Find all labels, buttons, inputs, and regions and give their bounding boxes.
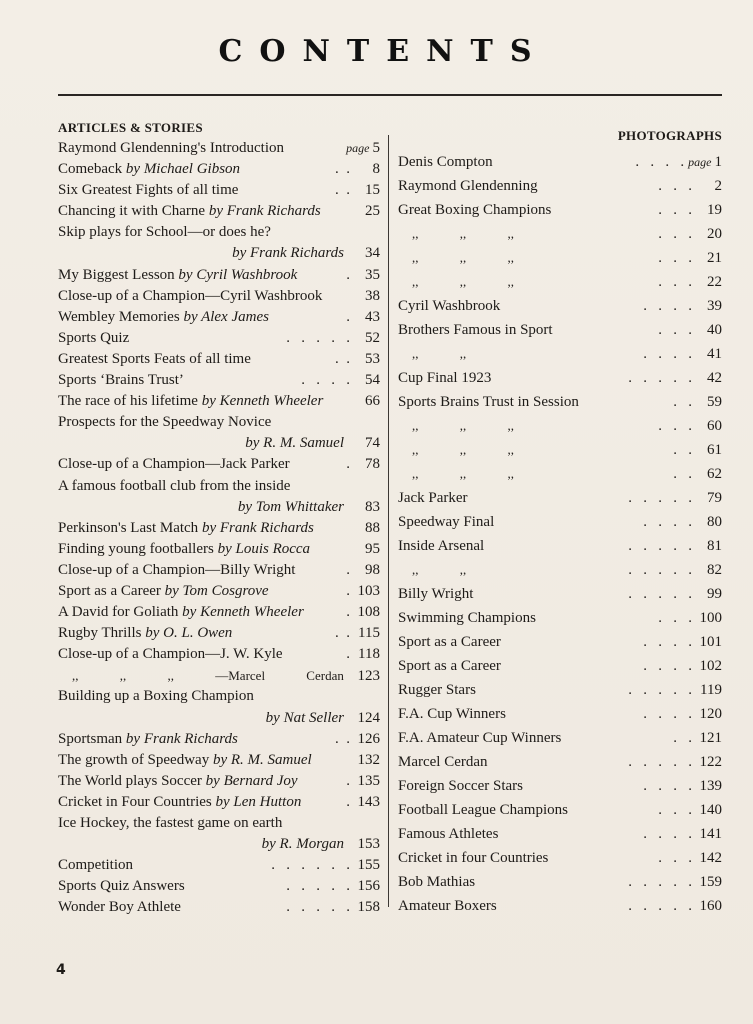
- page-number-value: 40: [707, 322, 722, 338]
- entry-title: Billy Wright: [398, 582, 473, 606]
- photograph-entry: ,, ,, ,,. . .21: [398, 246, 722, 270]
- photograph-entry: Amateur Boxers. . . . .160: [398, 894, 722, 918]
- entry-page-number: 98: [354, 560, 380, 581]
- leader-dots: . .: [238, 180, 354, 201]
- entry-title: ,, ,,: [398, 558, 466, 582]
- entry-page-number: 120: [696, 702, 722, 726]
- entry-title-text: Swimming Champions: [398, 610, 536, 626]
- entry-title: The race of his lifetime by Kenneth Whee…: [58, 391, 323, 412]
- leader-dots: . . .: [538, 174, 696, 198]
- entry-title: Denis Compton: [398, 150, 493, 174]
- leader-dots: . . . . .: [497, 894, 696, 918]
- entry-title: Cricket in four Countries: [398, 846, 548, 870]
- article-entry: Sport as a Career by Tom Cosgrove.103: [58, 581, 380, 602]
- page-number-value: 101: [700, 634, 723, 650]
- entry-author: by R. Morgan: [262, 836, 344, 852]
- entry-title-text: Sport as a Career: [58, 583, 161, 599]
- entry-title: Close-up of a Champion—Jack Parker: [58, 454, 290, 475]
- leader-dots: . . .: [514, 222, 696, 246]
- entry-title: A David for Goliath by Kenneth Wheeler: [58, 602, 304, 623]
- leader-dots: .: [269, 581, 354, 602]
- entry-title-text: The race of his lifetime: [58, 393, 198, 409]
- entry-page-number: 108: [354, 602, 380, 623]
- photographs-column: PHOTOGRAPHS Denis Compton. . . .page1Ray…: [398, 126, 722, 918]
- leader-dots: .: [295, 560, 354, 581]
- leader-dots: . . .: [551, 198, 696, 222]
- leader-dots: . . . . .: [473, 582, 696, 606]
- article-entry: Cricket in Four Countries by Len Hutton.…: [58, 792, 380, 813]
- article-entry: The growth of Speedway by R. M. Samuel13…: [58, 750, 380, 771]
- entry-title-text: Speedway Final: [398, 514, 494, 530]
- page-number-value: 155: [358, 857, 381, 873]
- photograph-entry: ,, ,, ,,. . .20: [398, 222, 722, 246]
- entry-page-number: 95: [354, 539, 380, 560]
- leader-dots: . . . . .: [181, 897, 354, 918]
- entry-title-text: Wembley Memories: [58, 309, 180, 325]
- entry-title: Ice Hockey, the fastest game on earth: [58, 813, 282, 834]
- entry-page-number: 79: [696, 486, 722, 510]
- page-number-value: 52: [365, 330, 380, 346]
- entry-page-number: 80: [696, 510, 722, 534]
- leader-dots: .: [283, 644, 354, 665]
- entry-title-text: Finding young footballers: [58, 541, 214, 557]
- photograph-entry: ,, ,,. . . . .82: [398, 558, 722, 582]
- entry-title: ,, ,, ,,: [398, 414, 514, 438]
- leader-dots: . . . . .: [475, 870, 696, 894]
- page-number-value: 119: [700, 682, 722, 698]
- page-number-value: 135: [358, 773, 381, 789]
- entry-title: Sports ‘Brains Trust’: [58, 370, 184, 391]
- page-label: page: [688, 155, 711, 169]
- entry-page-number: 53: [354, 349, 380, 370]
- page-number-value: 132: [358, 752, 381, 768]
- leader-dots: . . . .: [493, 150, 689, 174]
- photograph-entry: Bob Mathias. . . . .159: [398, 870, 722, 894]
- photograph-entry: Brothers Famous in Sport. . .40: [398, 318, 722, 342]
- articles-column: ARTICLES & STORIES Raymond Glendenning's…: [58, 118, 380, 918]
- entry-title: My Biggest Lesson by Cyril Washbrook: [58, 265, 297, 286]
- photograph-entry: Sports Brains Trust in Session. .59: [398, 390, 722, 414]
- page-number-value: 140: [700, 802, 723, 818]
- article-entry: Wembley Memories by Alex James.43: [58, 307, 380, 328]
- entry-author: by Kenneth Wheeler: [182, 604, 304, 620]
- page-number-value: 61: [707, 442, 722, 458]
- entry-title-text: ,, ,, ,,: [412, 418, 514, 433]
- entry-author: by Cyril Washbrook: [178, 267, 297, 283]
- entry-title: Raymond Glendenning: [398, 174, 538, 198]
- page-number-value: 78: [365, 456, 380, 472]
- page-label: page: [346, 141, 369, 155]
- leader-dots: . . . .: [506, 702, 696, 726]
- entry-author: by Alex James: [183, 309, 269, 325]
- article-entry: by R. M. Samuel74: [58, 433, 380, 454]
- entry-page-number: 43: [354, 307, 380, 328]
- entry-page-number: 39: [696, 294, 722, 318]
- page-number-value: 2: [715, 178, 723, 194]
- leader-dots: . . . . .: [468, 486, 696, 510]
- page-number-value: 158: [358, 899, 381, 915]
- entry-page-number: 2: [696, 174, 722, 198]
- entry-page-number: 54: [354, 370, 380, 391]
- photograph-entry: Marcel Cerdan. . . . .122: [398, 750, 722, 774]
- article-entry: Close-up of a Champion—Billy Wright.98: [58, 560, 380, 581]
- entry-page-number: 135: [354, 771, 380, 792]
- leader-dots: . . .: [536, 606, 696, 630]
- entry-title: Famous Athletes: [398, 822, 498, 846]
- entry-page-number: 78: [354, 454, 380, 475]
- photograph-entry: Cup Final 1923. . . . .42: [398, 366, 722, 390]
- entry-author: by R. M. Samuel: [245, 435, 344, 451]
- entry-page-number: 25: [354, 201, 380, 222]
- article-entry: Finding young footballers by Louis Rocca…: [58, 539, 380, 560]
- entry-page-number: 115: [354, 623, 380, 644]
- photograph-entry: Billy Wright. . . . .99: [398, 582, 722, 606]
- photograph-entry: Sport as a Career. . . .101: [398, 630, 722, 654]
- entry-title-text: Skip plays for School—or does he?: [58, 224, 271, 240]
- page-number-value: 53: [365, 351, 380, 367]
- entry-title-text: Billy Wright: [398, 586, 473, 602]
- entry-title-text: ,, ,, ,,: [412, 274, 514, 289]
- entry-title-text: ,, ,, ,, —Marcel Cerdan: [72, 668, 344, 683]
- entry-page-number: 122: [696, 750, 722, 774]
- entry-title-text: Close-up of a Champion—J. W. Kyle: [58, 646, 283, 662]
- entry-title: ,, ,, ,,: [398, 246, 514, 270]
- leader-dots: . . .: [548, 846, 696, 870]
- leader-dots: . . . .: [500, 294, 696, 318]
- entry-page-number: 121: [696, 726, 722, 750]
- page-number-value: 43: [365, 309, 380, 325]
- entry-title-text: Close-up of a Champion—Billy Wright: [58, 562, 295, 578]
- article-entry: Sports Quiz. . . . .52: [58, 328, 380, 349]
- page-number-value: 88: [365, 520, 380, 536]
- entry-author: by Tom Whittaker: [238, 499, 344, 515]
- leader-dots: . . . . .: [476, 678, 696, 702]
- entry-title: Speedway Final: [398, 510, 494, 534]
- page-number-value: 15: [365, 182, 380, 198]
- entry-title-text: ,, ,, ,,: [412, 250, 514, 265]
- page-number-value: 8: [373, 161, 381, 177]
- article-entry: Sportsman by Frank Richards. .126: [58, 729, 380, 750]
- page-number-value: 103: [358, 583, 381, 599]
- entry-title-text: Amateur Boxers: [398, 898, 497, 914]
- article-entry: Perkinson's Last Match by Frank Richards…: [58, 518, 380, 539]
- article-entry: Building up a Boxing Champion: [58, 686, 380, 707]
- entry-page-number: 139: [696, 774, 722, 798]
- entry-title-text: Sports Quiz: [58, 330, 129, 346]
- leader-dots: . . .: [568, 798, 696, 822]
- entry-title: Sportsman by Frank Richards: [58, 729, 238, 750]
- entry-title: The growth of Speedway by R. M. Samuel: [58, 750, 312, 771]
- entry-title: Sport as a Career by Tom Cosgrove: [58, 581, 269, 602]
- entry-title: F.A. Cup Winners: [398, 702, 506, 726]
- page-number-value: 160: [700, 898, 723, 914]
- page-number-value: 118: [358, 646, 380, 662]
- article-entry: Wonder Boy Athlete. . . . .158: [58, 897, 380, 918]
- entry-title-text: Sports Brains Trust in Session: [398, 394, 579, 410]
- photograph-entry: F.A. Cup Winners. . . .120: [398, 702, 722, 726]
- entry-title: Amateur Boxers: [398, 894, 497, 918]
- entry-page-number: 103: [354, 581, 380, 602]
- article-entry: My Biggest Lesson by Cyril Washbrook.35: [58, 265, 380, 286]
- entry-page-number: 140: [696, 798, 722, 822]
- entry-title: by Nat Seller: [58, 708, 354, 729]
- leader-dots: . . .: [553, 318, 696, 342]
- entry-title-text: Brothers Famous in Sport: [398, 322, 553, 338]
- entry-title-text: The World plays Soccer: [58, 773, 202, 789]
- entry-page-number: 88: [354, 518, 380, 539]
- article-entry: Comeback by Michael Gibson. .8: [58, 159, 380, 180]
- leader-dots: . . . . .: [466, 558, 696, 582]
- entry-page-number: 52: [354, 328, 380, 349]
- photographs-heading: PHOTOGRAPHS: [398, 126, 722, 146]
- article-entry: by Nat Seller124: [58, 708, 380, 729]
- entry-title: Raymond Glendenning's Introduction: [58, 138, 284, 159]
- leader-dots: . . .: [514, 414, 696, 438]
- entry-title: Great Boxing Champions: [398, 198, 551, 222]
- entry-title: Sports Quiz Answers: [58, 876, 185, 897]
- entry-title: Cup Final 1923: [398, 366, 491, 390]
- entry-title-text: Close-up of a Champion—Jack Parker: [58, 456, 290, 472]
- page-number-value: 25: [365, 203, 380, 219]
- entry-author: by Frank Richards: [232, 245, 344, 261]
- entry-title-text: Greatest Sports Feats of all time: [58, 351, 251, 367]
- entry-title-text: Jack Parker: [398, 490, 468, 506]
- articles-heading: ARTICLES & STORIES: [58, 118, 380, 138]
- entry-page-number: 160: [696, 894, 722, 918]
- entry-title: Rugger Stars: [398, 678, 476, 702]
- leader-dots: . . . .: [498, 822, 696, 846]
- leader-dots: .: [290, 454, 354, 475]
- article-entry: Sports ‘Brains Trust’. . . .54: [58, 370, 380, 391]
- entry-title-text: ,, ,,: [412, 562, 466, 577]
- entry-title-text: The growth of Speedway: [58, 752, 209, 768]
- entry-title: Close-up of a Champion—J. W. Kyle: [58, 644, 283, 665]
- page-number-value: 60: [707, 418, 722, 434]
- entry-title: by R. M. Samuel: [58, 433, 354, 454]
- page-number-value: 108: [358, 604, 381, 620]
- photograph-entry: Jack Parker. . . . .79: [398, 486, 722, 510]
- entry-title: Close-up of a Champion—Cyril Washbrook: [58, 286, 322, 307]
- entry-title-text: Sports ‘Brains Trust’: [58, 372, 184, 388]
- entry-page-number: page1: [688, 150, 722, 174]
- entry-page-number: 74: [354, 433, 380, 454]
- entry-page-number: 82: [696, 558, 722, 582]
- photograph-entry: ,, ,, ,,. .62: [398, 462, 722, 486]
- entry-title-text: Rugger Stars: [398, 682, 476, 698]
- entry-page-number: 99: [696, 582, 722, 606]
- leader-dots: . .: [240, 159, 354, 180]
- column-divider: [388, 135, 389, 907]
- entry-title-text: Famous Athletes: [398, 826, 498, 842]
- entry-title-text: A David for Goliath: [58, 604, 178, 620]
- entry-page-number: 155: [354, 855, 380, 876]
- entry-page-number: 119: [696, 678, 722, 702]
- entry-author: by Nat Seller: [266, 710, 344, 726]
- entry-title: Wembley Memories by Alex James: [58, 307, 269, 328]
- page-number-value: 34: [365, 245, 380, 261]
- entry-title: by R. Morgan: [58, 834, 354, 855]
- entry-title: ,, ,, ,,: [398, 462, 514, 486]
- entry-title-text: Prospects for the Speedway Novice: [58, 414, 271, 430]
- article-entry: Rugby Thrills by O. L. Owen. .115: [58, 623, 380, 644]
- entry-title-text: Cyril Washbrook: [398, 298, 500, 314]
- leader-dots: . . . . .: [129, 328, 354, 349]
- entry-title: ,, ,, ,,: [398, 438, 514, 462]
- page-number-value: 1: [715, 154, 723, 170]
- entry-page-number: 22: [696, 270, 722, 294]
- article-entry: Prospects for the Speedway Novice: [58, 412, 380, 433]
- entry-title-text: Competition: [58, 857, 133, 873]
- entry-title-text: ,, ,, ,,: [412, 442, 514, 457]
- entry-page-number: 102: [696, 654, 722, 678]
- entry-author: by R. M. Samuel: [213, 752, 312, 768]
- entry-page-number: 156: [354, 876, 380, 897]
- entry-page-number: 21: [696, 246, 722, 270]
- article-entry: by R. Morgan153: [58, 834, 380, 855]
- article-entry: Sports Quiz Answers. . . . .156: [58, 876, 380, 897]
- entry-title: Perkinson's Last Match by Frank Richards: [58, 518, 314, 539]
- entry-title-text: Six Greatest Fights of all time: [58, 182, 238, 198]
- page-title: CONTENTS: [0, 34, 753, 69]
- article-entry: Close-up of a Champion—Jack Parker.78: [58, 454, 380, 475]
- entry-title-text: Building up a Boxing Champion: [58, 688, 254, 704]
- entry-title: ,, ,, ,,: [398, 270, 514, 294]
- entry-title: by Frank Richards: [58, 243, 354, 264]
- entry-page-number: 100: [696, 606, 722, 630]
- article-entry: ,, ,, ,, —Marcel Cerdan123: [58, 665, 380, 686]
- page-number-value: 35: [365, 267, 380, 283]
- entry-title: Greatest Sports Feats of all time: [58, 349, 251, 370]
- leader-dots: . . . .: [523, 774, 696, 798]
- entry-title: Sport as a Career: [398, 630, 501, 654]
- page-number-value: 19: [707, 202, 722, 218]
- entry-title: Six Greatest Fights of all time: [58, 180, 238, 201]
- entry-title-text: Sport as a Career: [398, 658, 501, 674]
- entry-author: by Bernard Joy: [206, 773, 298, 789]
- photograph-entry: ,, ,, ,,. . .22: [398, 270, 722, 294]
- entry-title: Marcel Cerdan: [398, 750, 488, 774]
- leader-dots: .: [269, 307, 354, 328]
- page-number-value: 102: [700, 658, 723, 674]
- page-number-value: 159: [700, 874, 723, 890]
- entry-page-number: 59: [696, 390, 722, 414]
- entry-title-text: Perkinson's Last Match: [58, 520, 198, 536]
- entry-page-number: 34: [354, 243, 380, 264]
- article-entry: The World plays Soccer by Bernard Joy.13…: [58, 771, 380, 792]
- entry-author: by Len Hutton: [216, 794, 302, 810]
- entry-title-text: Cup Final 1923: [398, 370, 491, 386]
- page-number-value: 42: [707, 370, 722, 386]
- entry-title: Sport as a Career: [398, 654, 501, 678]
- entry-title-text: Cricket in four Countries: [398, 850, 548, 866]
- entry-page-number: 118: [354, 644, 380, 665]
- leader-dots: . .: [232, 623, 354, 644]
- entry-page-number: 60: [696, 414, 722, 438]
- page-number-value: 81: [707, 538, 722, 554]
- article-entry: The race of his lifetime by Kenneth Whee…: [58, 391, 380, 412]
- entry-page-number: 62: [696, 462, 722, 486]
- entry-title-text: Close-up of a Champion—Cyril Washbrook: [58, 288, 322, 304]
- entry-title: Football League Champions: [398, 798, 568, 822]
- contents-page: CONTENTS ARTICLES & STORIES Raymond Glen…: [0, 0, 753, 1024]
- entry-page-number: 101: [696, 630, 722, 654]
- entry-title-text: Chancing it with Charne: [58, 203, 205, 219]
- article-entry: Chancing it with Charne by Frank Richard…: [58, 201, 380, 222]
- entry-page-number: 153: [354, 834, 380, 855]
- photograph-entry: Foreign Soccer Stars. . . .139: [398, 774, 722, 798]
- page-number-value: 95: [365, 541, 380, 557]
- article-entry: Close-up of a Champion—Cyril Washbrook38: [58, 286, 380, 307]
- entry-page-number: 20: [696, 222, 722, 246]
- entry-author: by O. L. Owen: [145, 625, 232, 641]
- entry-title-text: Great Boxing Champions: [398, 202, 551, 218]
- leader-dots: .: [298, 771, 354, 792]
- page-number-value: 126: [358, 731, 381, 747]
- entry-title: ,, ,, ,,: [398, 222, 514, 246]
- leader-dots: . . . .: [494, 510, 696, 534]
- entry-page-number: 8: [354, 159, 380, 180]
- entry-page-number: 15: [354, 180, 380, 201]
- leader-dots: . . .: [514, 270, 696, 294]
- photograph-entry: ,, ,, ,,. . .60: [398, 414, 722, 438]
- photograph-entry: ,, ,, ,,. .61: [398, 438, 722, 462]
- page-number-value: 156: [358, 878, 381, 894]
- entry-page-number: 81: [696, 534, 722, 558]
- photograph-entry: ,, ,,. . . .41: [398, 342, 722, 366]
- leader-dots: . . . . .: [484, 534, 696, 558]
- entry-title: by Tom Whittaker: [58, 497, 354, 518]
- entry-page-number: 126: [354, 729, 380, 750]
- entry-title: Sports Brains Trust in Session: [398, 390, 579, 414]
- page-number-value: 41: [707, 346, 722, 362]
- entry-title-text: Sport as a Career: [398, 634, 501, 650]
- entry-title: The World plays Soccer by Bernard Joy: [58, 771, 298, 792]
- page-number-value: 5: [373, 140, 381, 156]
- entry-page-number: 35: [354, 265, 380, 286]
- leader-dots: . . . .: [501, 654, 696, 678]
- entry-page-number: 142: [696, 846, 722, 870]
- leader-dots: . .: [579, 390, 696, 414]
- leader-dots: . . . . .: [491, 366, 696, 390]
- photograph-entry: Great Boxing Champions. . .19: [398, 198, 722, 222]
- page-number-value: 153: [358, 836, 381, 852]
- photograph-entry: Inside Arsenal. . . . .81: [398, 534, 722, 558]
- entry-title: Jack Parker: [398, 486, 468, 510]
- page-number-value: 100: [700, 610, 723, 626]
- leader-dots: . .: [514, 438, 696, 462]
- entry-title: Swimming Champions: [398, 606, 536, 630]
- article-entry: Raymond Glendenning's Introductionpage5: [58, 138, 380, 159]
- page-number-value: 39: [707, 298, 722, 314]
- entry-page-number: 124: [354, 708, 380, 729]
- entry-title-text: ,, ,, ,,: [412, 466, 514, 481]
- entry-title-text: Foreign Soccer Stars: [398, 778, 523, 794]
- page-number-value: 98: [365, 562, 380, 578]
- leader-dots: . . . .: [466, 342, 696, 366]
- entry-title: Cricket in Four Countries by Len Hutton: [58, 792, 301, 813]
- leader-dots: .: [301, 792, 354, 813]
- page-number-value: 123: [358, 668, 381, 684]
- page-number-value: 120: [700, 706, 723, 722]
- photograph-entry: Swimming Champions. . .100: [398, 606, 722, 630]
- entry-title-text: Ice Hockey, the fastest game on earth: [58, 815, 282, 831]
- page-number-value: 139: [700, 778, 723, 794]
- entry-page-number: 42: [696, 366, 722, 390]
- page-number-value: 54: [365, 372, 380, 388]
- entry-title-text: Sports Quiz Answers: [58, 878, 185, 894]
- entry-title: Close-up of a Champion—Billy Wright: [58, 560, 295, 581]
- entry-title: Chancing it with Charne by Frank Richard…: [58, 201, 321, 222]
